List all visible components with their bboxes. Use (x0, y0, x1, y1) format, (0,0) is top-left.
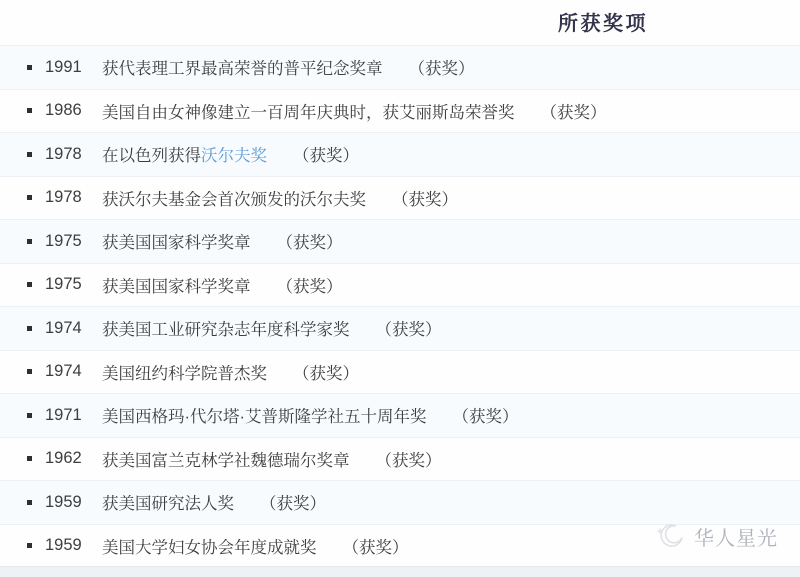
award-year: 1974 (45, 319, 102, 338)
award-year: 1959 (45, 536, 102, 555)
award-status: （获奖） (376, 316, 442, 340)
award-year: 1991 (45, 58, 102, 77)
award-text: 获美国国家科学奖章 (102, 229, 251, 253)
award-year: 1986 (45, 101, 102, 120)
awards-header: 所获奖项 (0, 0, 800, 45)
square-bullet-icon (27, 413, 32, 418)
award-text: 获美国研究法人奖 (102, 490, 234, 514)
square-bullet-icon (27, 282, 32, 287)
awards-panel: 所获奖项 1991 获代表理工界最高荣誉的普平纪念奖章 （获奖） 1986 美国… (0, 0, 800, 577)
award-text: 美国大学妇女协会年度成就奖 (102, 534, 317, 558)
award-status: （获奖） (376, 447, 442, 471)
square-bullet-icon (27, 195, 32, 200)
award-row: 1975 获美国国家科学奖章 （获奖） (0, 219, 800, 263)
award-text: 获代表理工界最高荣誉的普平纪念奖章 (102, 55, 383, 79)
award-row: 1971 美国西格玛·代尔塔·艾普斯隆学社五十周年奖 （获奖） (0, 393, 800, 437)
award-status: （获奖） (453, 403, 519, 427)
award-link-wolf-prize[interactable]: 沃尔夫奖 (201, 142, 267, 166)
square-bullet-icon (27, 369, 32, 374)
award-year: 1978 (45, 188, 102, 207)
award-text: 获美国富兰克林学社魏德瑞尔奖章 (102, 447, 350, 471)
award-text: 获沃尔夫基金会首次颁发的沃尔夫奖 (102, 186, 366, 210)
award-row: 1959 获美国研究法人奖 （获奖） (0, 480, 800, 524)
square-bullet-icon (27, 239, 32, 244)
watermark: 华人星光 (655, 520, 778, 552)
award-row: 1974 美国纽约科学院普杰奖 （获奖） (0, 350, 800, 394)
award-year: 1975 (45, 275, 102, 294)
award-text: 获美国国家科学奖章 (102, 273, 251, 297)
award-row: 1978 在以色列获得 沃尔夫奖 （获奖） (0, 132, 800, 176)
award-text: 美国自由女神像建立一百周年庆典时，获艾丽斯岛荣誉奖 (102, 99, 515, 123)
award-status: （获奖） (260, 490, 326, 514)
award-row: 1986 美国自由女神像建立一百周年庆典时，获艾丽斯岛荣誉奖 （获奖） (0, 89, 800, 133)
square-bullet-icon (27, 500, 32, 505)
square-bullet-icon (27, 65, 32, 70)
award-text: 在以色列获得 (102, 142, 201, 166)
award-year: 1962 (45, 449, 102, 468)
square-bullet-icon (27, 108, 32, 113)
awards-section-title: 所获奖项 (558, 7, 648, 36)
watermark-label: 华人星光 (694, 522, 778, 551)
award-row: 1978 获沃尔夫基金会首次颁发的沃尔夫奖 （获奖） (0, 176, 800, 220)
crescent-moon-star-icon (655, 520, 687, 552)
award-year: 1974 (45, 362, 102, 381)
award-status: （获奖） (277, 229, 343, 253)
award-row: 1962 获美国富兰克林学社魏德瑞尔奖章 （获奖） (0, 437, 800, 481)
footer-divider (0, 566, 800, 577)
square-bullet-icon (27, 326, 32, 331)
award-text: 美国纽约科学院普杰奖 (102, 360, 267, 384)
award-row: 1991 获代表理工界最高荣誉的普平纪念奖章 （获奖） (0, 45, 800, 89)
square-bullet-icon (27, 543, 32, 548)
awards-list: 1991 获代表理工界最高荣誉的普平纪念奖章 （获奖） 1986 美国自由女神像… (0, 45, 800, 567)
award-status: （获奖） (541, 99, 607, 123)
award-row: 1975 获美国国家科学奖章 （获奖） (0, 263, 800, 307)
award-year: 1971 (45, 406, 102, 425)
award-status: （获奖） (343, 534, 409, 558)
award-text: 美国西格玛·代尔塔·艾普斯隆学社五十周年奖 (102, 403, 427, 427)
award-status: （获奖） (293, 142, 359, 166)
award-text: 获美国工业研究杂志年度科学家奖 (102, 316, 350, 340)
award-status: （获奖） (392, 186, 458, 210)
award-year: 1975 (45, 232, 102, 251)
square-bullet-icon (27, 456, 32, 461)
award-status: （获奖） (293, 360, 359, 384)
award-year: 1978 (45, 145, 102, 164)
award-year: 1959 (45, 493, 102, 512)
square-bullet-icon (27, 152, 32, 157)
award-row: 1974 获美国工业研究杂志年度科学家奖 （获奖） (0, 306, 800, 350)
award-status: （获奖） (409, 55, 475, 79)
award-status: （获奖） (277, 273, 343, 297)
